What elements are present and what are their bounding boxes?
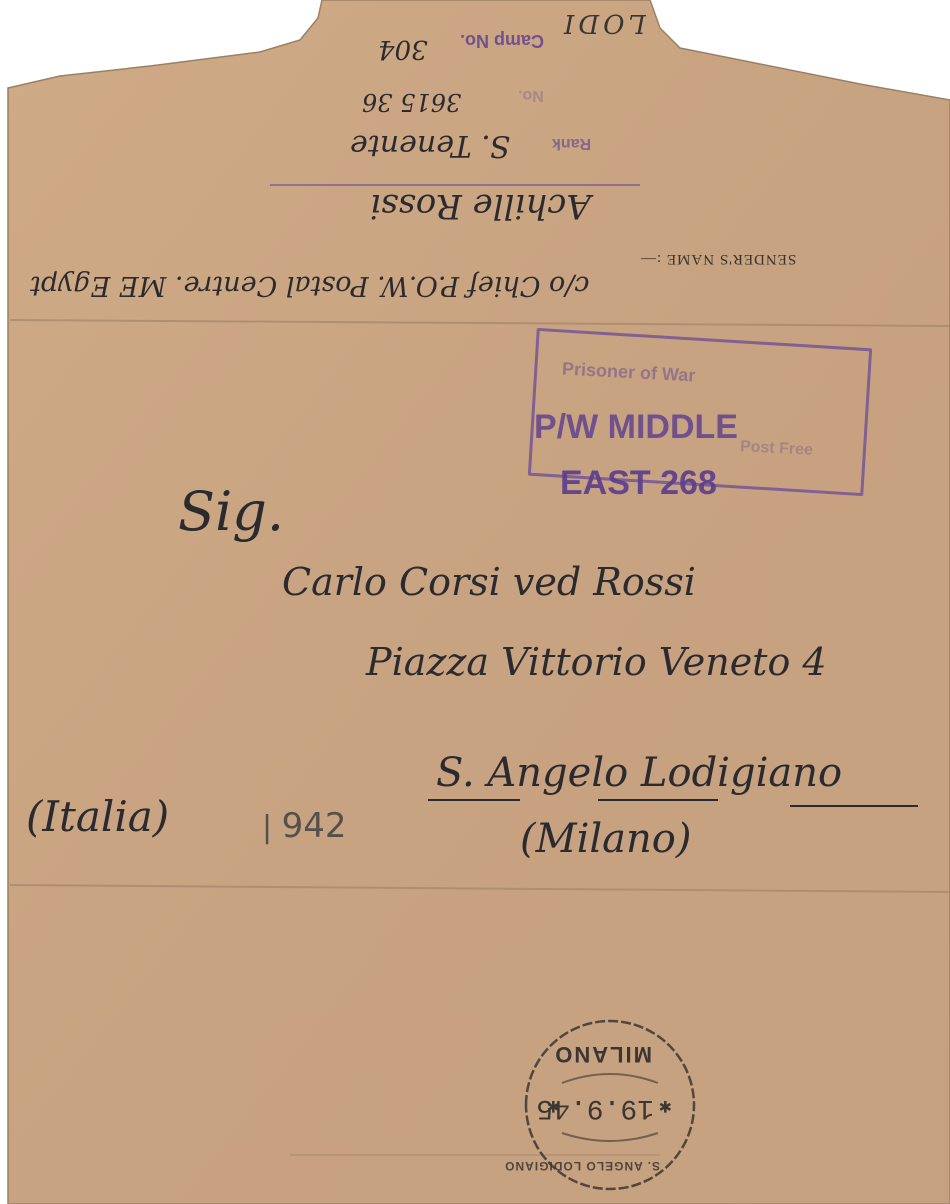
recipient-province: (Milano) xyxy=(520,816,691,862)
postmark-circle: ✱ ✱ MILANO 19.9.45 S. ANGELO LODIGIANO xyxy=(520,1015,700,1195)
censor-stamp-faint: Post Free xyxy=(740,438,814,460)
town-underline-1 xyxy=(428,799,520,801)
sender-rank: S. Tenente xyxy=(350,128,510,163)
camp-number-stamp: Camp No. xyxy=(460,30,544,51)
senders-name-text: SENDER'S NAME xyxy=(666,251,796,267)
postmark-town-side: S. ANGELO LODIGIANO xyxy=(504,1159,660,1173)
svg-text:✱: ✱ xyxy=(659,1097,672,1116)
town-underline-2 xyxy=(598,799,718,801)
postmark-date: 19.9.45 xyxy=(536,1092,654,1123)
pencil-note-number: 942 xyxy=(282,806,347,846)
postmark-town-top: MILANO xyxy=(553,1041,652,1067)
number-stamp-label: No. xyxy=(518,86,544,104)
pow-number: 3615 36 xyxy=(362,88,461,116)
senders-name-label: SENDER'S NAME :— xyxy=(640,250,796,267)
recipient-town: S. Angelo Lodigiano xyxy=(436,750,842,796)
recipient-street: Piazza Vittorio Veneto 4 xyxy=(366,640,827,684)
recipient-prefix: Sig. xyxy=(178,480,284,543)
partial-lodi-postmark: LODI xyxy=(560,8,646,38)
censor-stamp-line3: EAST 268 xyxy=(560,464,717,503)
sender-address: c/o Chief P.O.W. Postal Centre. ME Egypt xyxy=(30,270,590,301)
town-underline-3 xyxy=(790,805,918,807)
camp-stamp-label: Camp No. xyxy=(460,31,544,51)
rank-stamp-label: Rank xyxy=(552,134,591,152)
censor-stamp-line2: P/W MIDDLE xyxy=(534,408,738,447)
recipient-country: (Italia) xyxy=(26,792,169,841)
pencil-note: | 942 xyxy=(262,806,347,846)
recipient-name: Carlo Corsi ved Rossi xyxy=(282,560,696,604)
sender-name: Achille Rossi xyxy=(370,186,591,226)
camp-number: 304 xyxy=(378,34,428,64)
